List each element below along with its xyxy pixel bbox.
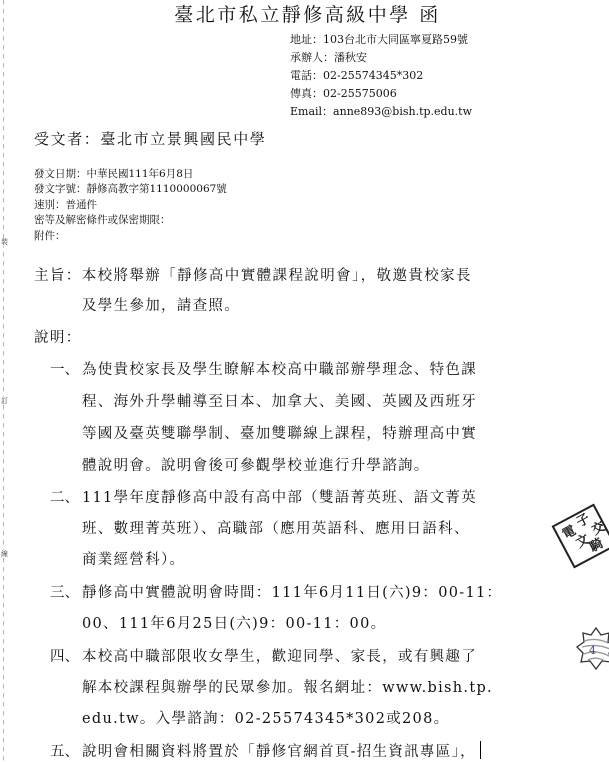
contact-email: Email：anne893@bish.tp.edu.tw: [290, 103, 472, 121]
item-4-number: 四、: [50, 645, 79, 666]
meta-speed: 速別：普通件: [34, 198, 227, 213]
subject-text-1: 本校將舉辦「靜修高中實體課程說明會」，敬邀貴校家長: [82, 268, 472, 284]
stamp-char-5: 騎: [588, 537, 606, 555]
item-1-line-3: 等國及臺英雙聯學制、臺加雙聯線上課程，特辦理高中實: [82, 422, 477, 443]
binding-mark-zhuang: 裝: [0, 238, 9, 246]
item-2-line-3: 商業經營科）。: [82, 548, 185, 569]
item-4-line-3: edu.tw。入學諮詢：02-25574345*302或208。: [82, 707, 449, 728]
item-2-line-2: 班、數理菁英班）、高職部（應用英語科、應用日語科、: [82, 517, 470, 538]
text-cursor: [480, 741, 481, 759]
item-4-line-2: 解本校課程與辦學的民眾參加。報名網址：www.bish.tp.: [82, 676, 493, 697]
item-1-line-2: 程、海外升學輔導至日本、加拿大、美國、英國及西班牙: [82, 390, 477, 411]
contact-phone: 電話：02-25574345*302: [290, 67, 472, 85]
item-5-text: 說明會相關資料將置於「靜修官網首頁-招生資訊專區」，: [82, 744, 476, 760]
meta-security: 密等及解密條件或保密期限：: [34, 213, 227, 228]
item-2-line-1: 111學年度靜修高中設有高中部（雙語菁英班、語文菁英: [82, 486, 477, 507]
explanation-label: 說明：: [34, 326, 82, 347]
recipient: 受文者：臺北市立景興國民中學: [34, 128, 266, 149]
meta-block: 發文日期：中華民國111年6月8日 發文字號：靜修高教字第1110000067號…: [34, 167, 227, 244]
meta-attachment: 附件：: [34, 229, 227, 244]
binding-dotted-line: [3, 0, 4, 765]
meta-date: 發文日期：中華民國111年6月8日: [34, 167, 227, 182]
item-5-number: 五、: [50, 740, 79, 761]
item-2-number: 二、: [50, 486, 79, 507]
subject-text-2: 及學生參加，請查照。: [82, 294, 240, 315]
item-1-number: 一、: [50, 358, 79, 379]
item-3-line-1: 靜修高中實體說明會時間：111年6月11日(六)9：00-11：: [82, 581, 502, 602]
item-4-line-1: 本校高中職部限收女學生，歡迎同學、家長，或有興趣了: [82, 645, 477, 666]
item-3-line-2: 00、111年6月25日(六)9：00-11：00。: [82, 612, 386, 633]
item-5-line-1[interactable]: 說明會相關資料將置於「靜修官網首頁-招生資訊專區」，: [82, 740, 481, 761]
item-3-number: 三、: [50, 581, 79, 602]
item-1-line-1: 為使貴校家長及學生瞭解本校高中職部辦學理念、特色課: [82, 358, 477, 379]
document-title: 臺北市私立靜修高級中學 函: [0, 2, 609, 28]
contact-address: 地址：103台北市大同區寧夏路59號: [290, 31, 472, 49]
binding-mark-ding: 訂: [0, 397, 9, 405]
contact-block: 地址：103台北市大同區寧夏路59號 承辦人：潘秋安 電話：02-2557434…: [290, 31, 472, 121]
subject-line-1: 主旨：本校將舉辦「靜修高中實體課程說明會」，敬邀貴校家長: [34, 264, 472, 285]
electronic-document-stamp-icon: 子 交 電 文 騎: [552, 504, 609, 569]
seal-page-number: 4: [589, 644, 596, 657]
stamp-char-1: 子: [575, 512, 593, 530]
contact-handler: 承辦人：潘秋安: [290, 49, 472, 67]
contact-fax: 傳真：02-25575006: [290, 85, 472, 103]
binding-mark-xian: 線: [0, 550, 9, 558]
official-letter-page: 裝 訂 線 臺北市私立靜修高級中學 函 地址：103台北市大同區寧夏路59號 承…: [0, 0, 609, 765]
meta-ref-no: 發文字號：靜修高教字第1110000067號: [34, 182, 227, 197]
subject-label: 主旨：: [34, 264, 82, 285]
item-1-line-4: 體說明會。說明會後可參觀學校並進行升學諮詢。: [82, 454, 430, 475]
